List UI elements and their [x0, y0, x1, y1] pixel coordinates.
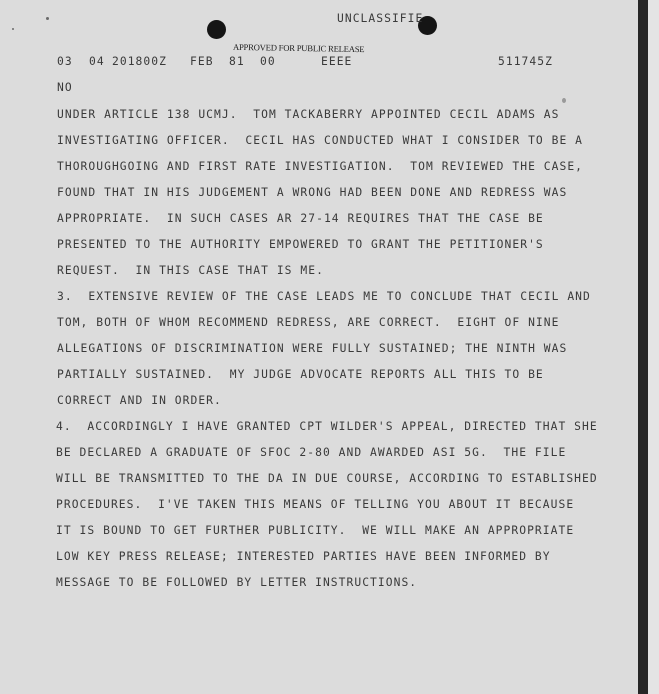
scanned-page: UNCLASSIFIE APPROVED FOR PUBLIC RELEASE … [0, 0, 638, 694]
header-msg-id: 511745Z [498, 55, 553, 68]
body-line: THOROUGHGOING AND FIRST RATE INVESTIGATI… [57, 160, 583, 173]
header-line2: NO [57, 81, 73, 94]
body-line: BE DECLARED A GRADUATE OF SFOC 2-80 AND … [56, 446, 566, 459]
body-line: REQUEST. IN THIS CASE THAT IS ME. [57, 264, 324, 277]
body-line: PROCEDURES. I'VE TAKEN THIS MEANS OF TEL… [56, 498, 574, 511]
page-margin [648, 0, 659, 694]
header-seq2: 04 [89, 55, 105, 68]
header-seq1: 03 [57, 55, 73, 68]
header-code: 00 [260, 55, 276, 68]
body-line: 4. ACCORDINGLY I HAVE GRANTED CPT WILDER… [56, 420, 598, 433]
scan-speck [562, 98, 566, 103]
punch-hole-left [207, 20, 226, 39]
body-line: UNDER ARTICLE 138 UCMJ. TOM TACKABERRY A… [57, 108, 559, 121]
page-edge-shadow [638, 0, 648, 694]
header-routing: EEEE [321, 55, 352, 68]
body-line: ALLEGATIONS OF DISCRIMINATION WERE FULLY… [57, 342, 567, 355]
header-dtg: 201800Z [112, 55, 167, 68]
body-line: FOUND THAT IN HIS JUDGEMENT A WRONG HAD … [57, 186, 567, 199]
body-line: 3. EXTENSIVE REVIEW OF THE CASE LEADS ME… [57, 290, 591, 303]
body-line: APPROPRIATE. IN SUCH CASES AR 27-14 REQU… [57, 212, 544, 225]
body-line: WILL BE TRANSMITTED TO THE DA IN DUE COU… [56, 472, 598, 485]
header-month: FEB [190, 55, 214, 68]
scan-speck [46, 17, 49, 20]
scan-speck [12, 28, 14, 30]
body-line: CORRECT AND IN ORDER. [57, 394, 222, 407]
body-line: PRESENTED TO THE AUTHORITY EMPOWERED TO … [57, 238, 544, 251]
body-line: IT IS BOUND TO GET FURTHER PUBLICITY. WE… [56, 524, 574, 537]
body-line: TOM, BOTH OF WHOM RECOMMEND REDRESS, ARE… [57, 316, 559, 329]
release-stamp: APPROVED FOR PUBLIC RELEASE [233, 42, 365, 54]
header-year: 81 [229, 55, 245, 68]
body-line: INVESTIGATING OFFICER. CECIL HAS CONDUCT… [57, 134, 583, 147]
classification-marking: UNCLASSIFIE [337, 12, 423, 25]
body-line: LOW KEY PRESS RELEASE; INTERESTED PARTIE… [56, 550, 551, 563]
body-line: MESSAGE TO BE FOLLOWED BY LETTER INSTRUC… [56, 576, 417, 589]
body-line: PARTIALLY SUSTAINED. MY JUDGE ADVOCATE R… [57, 368, 544, 381]
